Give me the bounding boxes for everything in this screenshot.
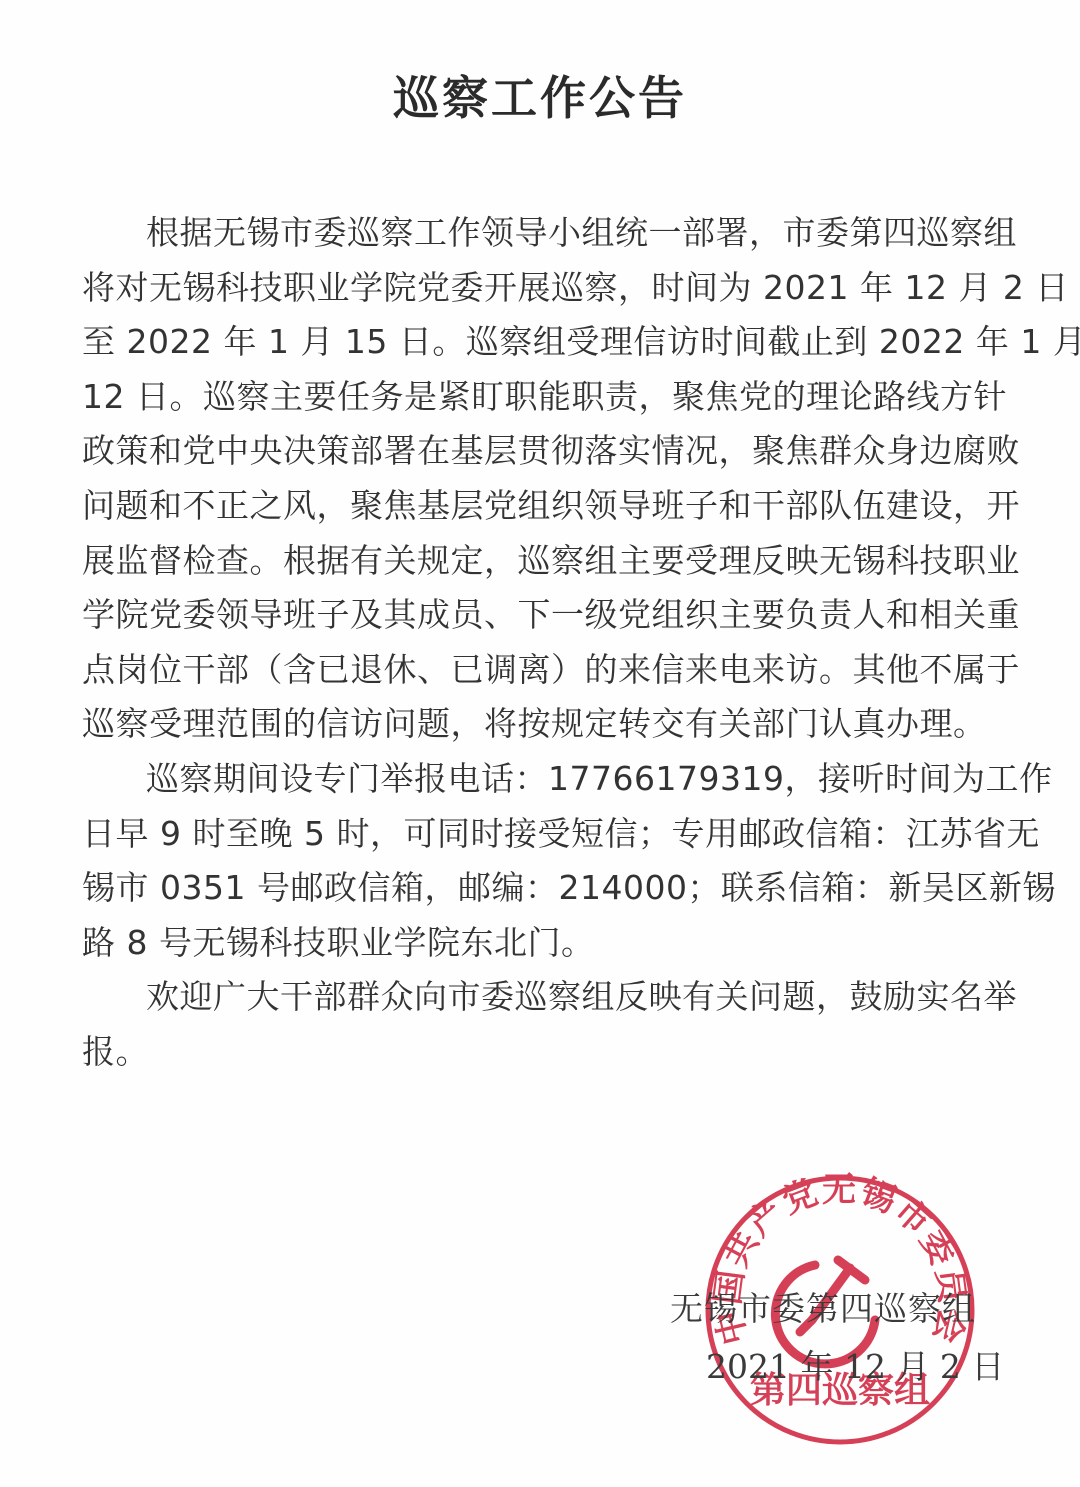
body-line: 锡市 0351 号邮政信箱，邮编：214000；联系信箱：新吴区新锡 — [82, 861, 992, 916]
document-title: 巡察工作公告 — [0, 66, 1080, 130]
body-line: 点岗位干部（含已退休、已调离）的来信来电来访。其他不属于 — [82, 643, 992, 698]
paragraph-encouragement: 欢迎广大干部群众向市委巡察组反映有关问题，鼓励实名举 报。 — [82, 970, 992, 1079]
signing-date: 2021 年 12 月 2 日 — [670, 1340, 970, 1394]
paragraph-inspection-scope: 根据无锡市委巡察工作领导小组统一部署，市委第四巡察组 将对无锡科技职业学院党委开… — [82, 206, 992, 752]
paragraph-contact-info: 巡察期间设专门举报电话：17766179319，接听时间为工作 日早 9 时至晚… — [82, 752, 992, 970]
body-line: 报。 — [82, 1025, 992, 1080]
body-line: 至 2022 年 1 月 15 日。巡察组受理信访时间截止到 2022 年 1 … — [82, 315, 992, 370]
body-line: 日早 9 时至晚 5 时，可同时接受短信；专用邮政信箱：江苏省无 — [82, 807, 992, 862]
body-line: 欢迎广大干部群众向市委巡察组反映有关问题，鼓励实名举 — [82, 970, 992, 1025]
body-line: 将对无锡科技职业学院党委开展巡察，时间为 2021 年 12 月 2 日 — [82, 261, 992, 316]
signature-block: 无锡市委第四巡察组 2021 年 12 月 2 日 — [670, 1282, 970, 1394]
body-line: 展监督检查。根据有关规定，巡察组主要受理反映无锡科技职业 — [82, 534, 992, 589]
document-body: 根据无锡市委巡察工作领导小组统一部署，市委第四巡察组 将对无锡科技职业学院党委开… — [82, 206, 992, 1080]
body-line: 学院党委领导班子及其成员、下一级党组织主要负责人和相关重 — [82, 588, 992, 643]
body-line: 巡察期间设专门举报电话：17766179319，接听时间为工作 — [82, 752, 992, 807]
body-line: 路 8 号无锡科技职业学院东北门。 — [82, 916, 992, 971]
signing-organization: 无锡市委第四巡察组 — [670, 1282, 970, 1336]
document-page: 巡察工作公告 根据无锡市委巡察工作领导小组统一部署，市委第四巡察组 将对无锡科技… — [0, 0, 1080, 1487]
body-line: 政策和党中央决策部署在基层贯彻落实情况，聚焦群众身边腐败 — [82, 424, 992, 479]
body-line: 12 日。巡察主要任务是紧盯职能职责，聚焦党的理论路线方针 — [82, 370, 992, 425]
body-line: 巡察受理范围的信访问题，将按规定转交有关部门认真办理。 — [82, 697, 992, 752]
body-line: 问题和不正之风，聚焦基层党组织领导班子和干部队伍建设，开 — [82, 479, 992, 534]
body-line: 根据无锡市委巡察工作领导小组统一部署，市委第四巡察组 — [82, 206, 992, 261]
